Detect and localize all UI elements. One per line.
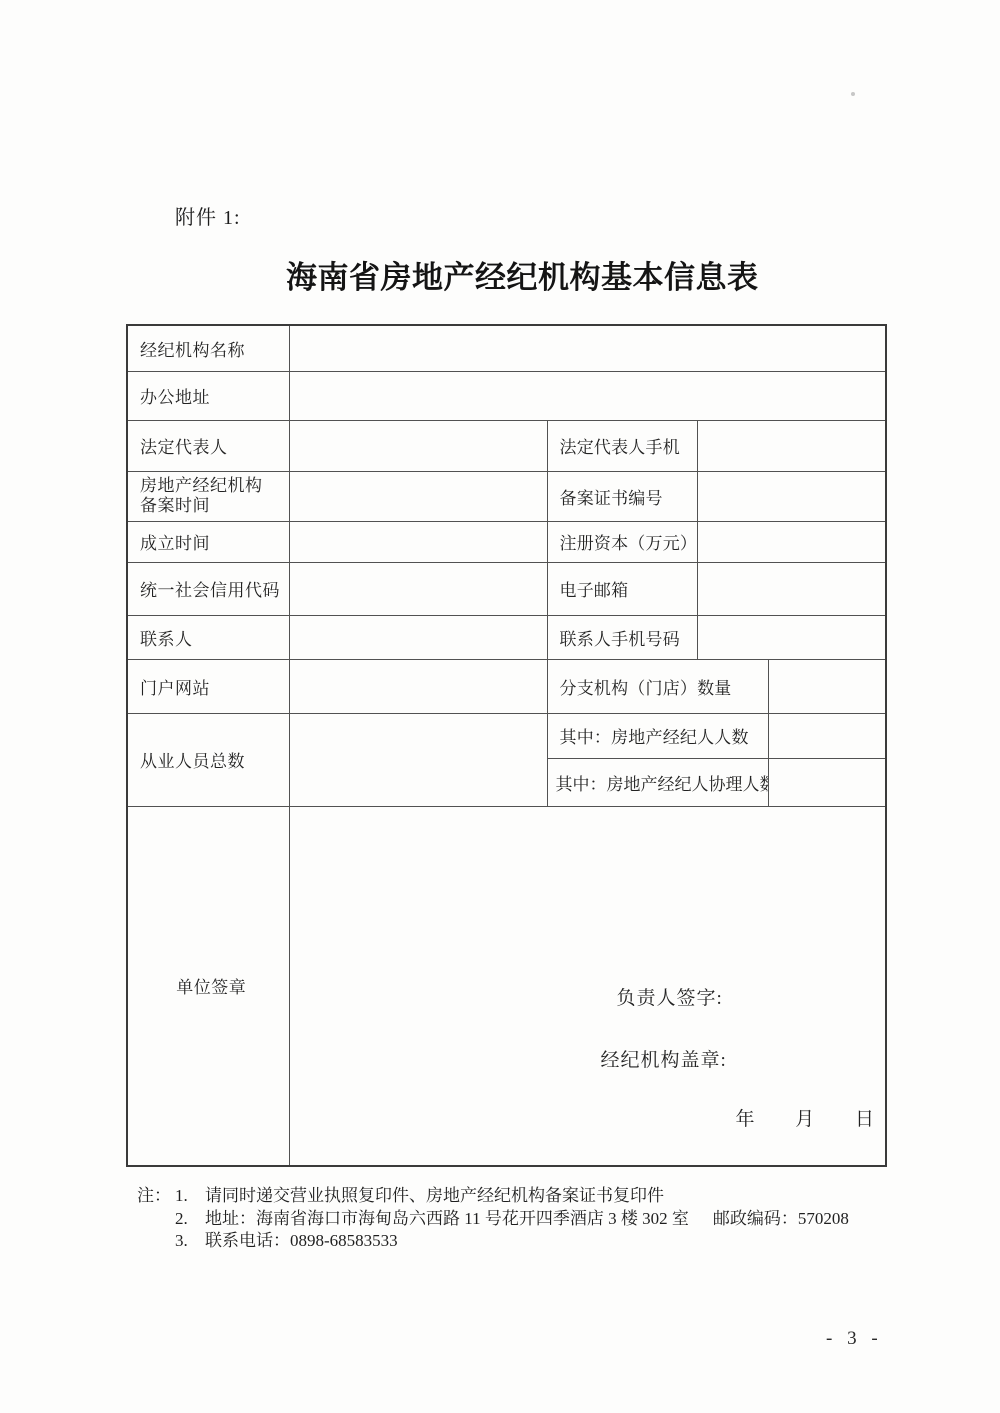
brokers-value xyxy=(768,713,886,758)
legal-rep-mobile-value xyxy=(697,420,886,471)
office-address-value xyxy=(289,371,886,420)
website-value xyxy=(289,659,547,713)
date-year-label: 年 xyxy=(736,1104,755,1131)
footnote-2-number: 2. xyxy=(175,1208,205,1231)
established-date-label: 成立时间 xyxy=(127,521,289,562)
page-title: 海南省房地产经纪机构基本信息表 xyxy=(286,252,759,297)
certificate-no-value xyxy=(697,471,886,521)
established-date-value xyxy=(289,521,547,562)
legal-rep-mobile-label: 法定代表人手机 xyxy=(547,420,697,471)
footnote-1-number: 1. xyxy=(175,1185,205,1208)
filing-time-label: 房地产经纪机构 备案时间 xyxy=(127,471,289,521)
table-row: 法定代表人 法定代表人手机 xyxy=(127,420,886,471)
staff-total-value xyxy=(289,713,547,806)
document-page: 附件 1: 海南省房地产经纪机构基本信息表 经纪机构名称 办公地址 法定代表人 … xyxy=(0,0,1000,1413)
table-row: 从业人员总数 其中：房地产经纪人人数 xyxy=(127,713,886,758)
page-number: - 3 - xyxy=(826,1328,883,1350)
filing-time-line2: 备案时间 xyxy=(140,496,210,515)
scan-speck xyxy=(851,92,855,96)
footnote-2-postcode: 邮政编码：570208 xyxy=(713,1209,849,1228)
certificate-no-label: 备案证书编号 xyxy=(547,471,697,521)
attachment-label: 附件 1: xyxy=(175,201,241,230)
footnote-prefix: 注： xyxy=(137,1185,175,1208)
table-row: 房地产经纪机构 备案时间 备案证书编号 xyxy=(127,471,886,521)
table-row: 办公地址 xyxy=(127,371,886,420)
footnote-2-text: 地址：海南省海口市海甸岛六西路 11 号花开四季酒店 3 楼 302 室 xyxy=(205,1209,689,1228)
branch-count-value xyxy=(768,659,886,713)
footnote-2: 2.地址：海南省海口市海甸岛六西路 11 号花开四季酒店 3 楼 302 室邮政… xyxy=(137,1208,849,1231)
email-value xyxy=(697,562,886,615)
branch-count-label: 分支机构（门店）数量 xyxy=(547,659,768,713)
unit-seal-label: 单位签章 xyxy=(127,806,289,1166)
contact-mobile-label: 联系人手机号码 xyxy=(547,615,697,659)
agency-name-label: 经纪机构名称 xyxy=(127,325,289,371)
filing-time-line1: 房地产经纪机构 xyxy=(140,476,263,495)
staff-total-label: 从业人员总数 xyxy=(127,713,289,806)
date-day-label: 日 xyxy=(855,1104,874,1131)
agency-seal-label: 经纪机构盖章: xyxy=(601,1045,727,1072)
credit-code-value xyxy=(289,562,547,615)
signature-area: 负责人签字: 经纪机构盖章: 年 月 日 xyxy=(289,806,886,1166)
legal-rep-label: 法定代表人 xyxy=(127,420,289,471)
filing-time-value xyxy=(289,471,547,521)
info-form-table: 经纪机构名称 办公地址 法定代表人 法定代表人手机 房地产经纪机构 备案时间 备… xyxy=(126,324,887,1167)
table-row: 联系人 联系人手机号码 xyxy=(127,615,886,659)
footnote-3-text: 联系电话：0898-68583533 xyxy=(205,1231,398,1250)
registered-capital-label: 注册资本（万元） xyxy=(547,521,697,562)
email-label: 电子邮箱 xyxy=(547,562,697,615)
broker-assistants-label: 其中：房地产经纪人协理人数 xyxy=(547,758,768,806)
date-month-label: 月 xyxy=(795,1104,814,1131)
table-row: 成立时间 注册资本（万元） xyxy=(127,521,886,562)
broker-assistants-value xyxy=(768,758,886,806)
footnote-3: 3.联系电话：0898-68583533 xyxy=(137,1230,849,1253)
agency-name-value xyxy=(289,325,886,371)
footnotes: 注：1.请同时递交营业执照复印件、房地产经纪机构备案证书复印件 2.地址：海南省… xyxy=(137,1185,849,1253)
footnote-3-number: 3. xyxy=(175,1230,205,1253)
table-row: 统一社会信用代码 电子邮箱 xyxy=(127,562,886,615)
footnote-1: 注：1.请同时递交营业执照复印件、房地产经纪机构备案证书复印件 xyxy=(137,1185,849,1208)
credit-code-label: 统一社会信用代码 xyxy=(127,562,289,615)
table-row: 经纪机构名称 xyxy=(127,325,886,371)
footnote-1-text: 请同时递交营业执照复印件、房地产经纪机构备案证书复印件 xyxy=(205,1186,664,1205)
registered-capital-value xyxy=(697,521,886,562)
legal-rep-value xyxy=(289,420,547,471)
brokers-label: 其中：房地产经纪人人数 xyxy=(547,713,768,758)
date-line: 年 月 日 xyxy=(736,1104,875,1131)
office-address-label: 办公地址 xyxy=(127,371,289,420)
table-row: 门户网站 分支机构（门店）数量 xyxy=(127,659,886,713)
responsible-signature-label: 负责人签字: xyxy=(617,983,723,1010)
website-label: 门户网站 xyxy=(127,659,289,713)
contact-person-value xyxy=(289,615,547,659)
contact-person-label: 联系人 xyxy=(127,615,289,659)
table-row: 单位签章 负责人签字: 经纪机构盖章: 年 月 日 xyxy=(127,806,886,1166)
contact-mobile-value xyxy=(697,615,886,659)
